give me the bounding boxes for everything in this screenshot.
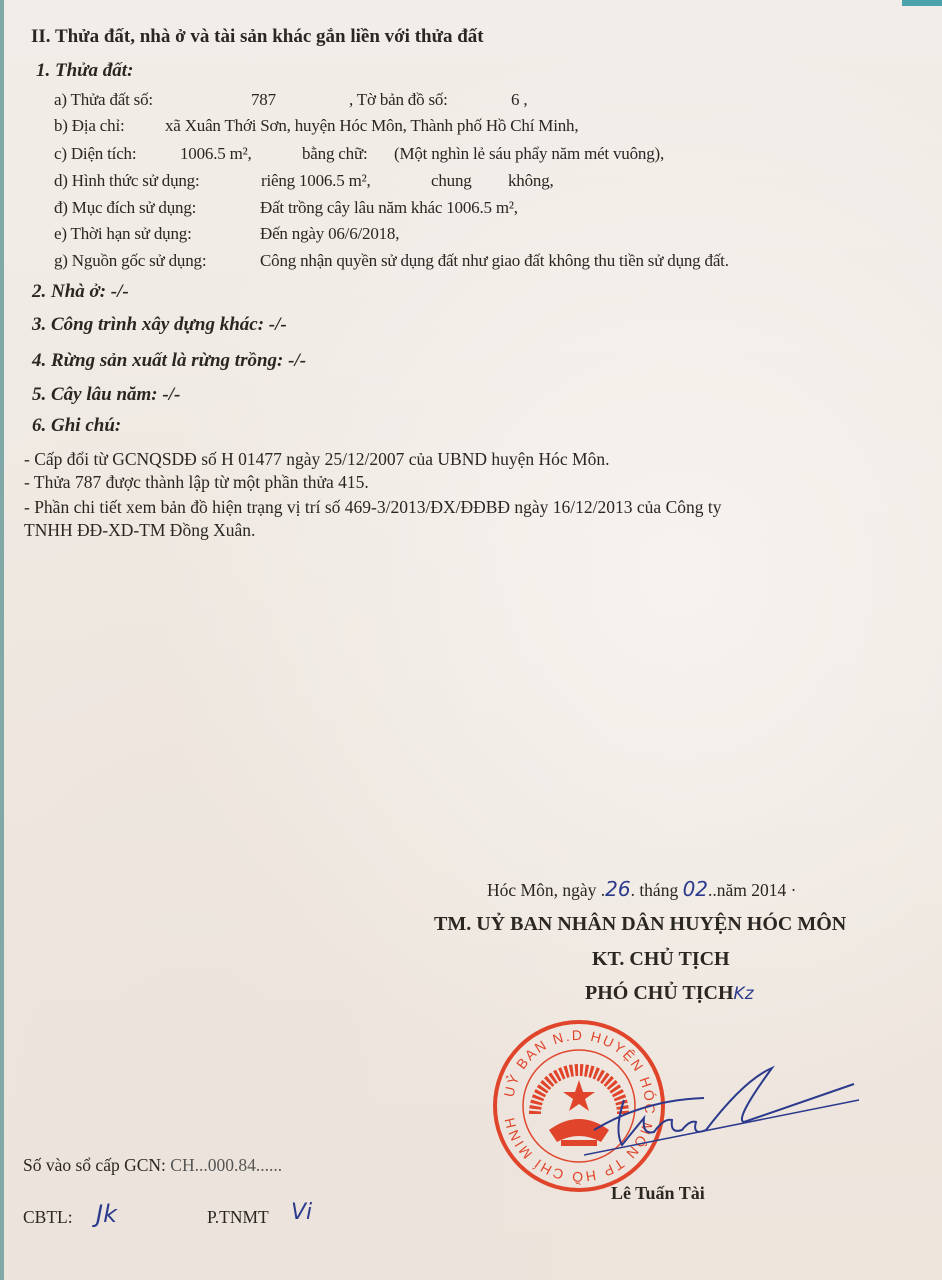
term-label: e) Thời hạn sử dụng: (54, 224, 192, 244)
signer-role-2: PHÓ CHỦ TỊCHKz (585, 982, 754, 1005)
land-row-parcel: a) Thửa đất số: (54, 90, 153, 110)
address-value: xã Xuân Thới Sơn, huyện Hóc Môn, Thành p… (165, 116, 578, 136)
registry-value: CH...000.84...... (170, 1155, 282, 1175)
usage-form-private: riêng 1006.5 m², (261, 171, 371, 191)
term-value: Đến ngày 06/6/2018, (260, 224, 399, 244)
usage-form-shared-value: không, (508, 171, 554, 191)
house-heading: 2. Nhà ở: -/- (32, 281, 129, 303)
signer-role-1: KT. CHỦ TỊCH (592, 948, 730, 971)
signer-name: Lê Tuấn Tài (611, 1183, 705, 1204)
note-line: - Cấp đổi từ GCNQSDĐ số H 01477 ngày 25/… (24, 449, 610, 470)
handwritten-month: 02 (683, 877, 708, 901)
handwritten-day: 26 (605, 877, 630, 901)
photo-edge (902, 0, 942, 6)
notes-heading: 6. Ghi chú: (32, 415, 121, 437)
cbtl-label: CBTL: (23, 1207, 73, 1228)
purpose-value: Đất trồng cây lâu năm khác 1006.5 m², (260, 198, 518, 218)
parcel-label: a) Thửa đất số: (54, 90, 153, 109)
note-line: - Thửa 787 được thành lập từ một phần th… (24, 472, 369, 493)
section-title: II. Thửa đất, nhà ở và tài sản khác gắn … (31, 26, 484, 48)
map-sheet-number: 6 , (511, 90, 527, 110)
certificate-page: II. Thửa đất, nhà ở và tài sản khác gắn … (0, 0, 942, 1280)
ptnmt-initial: Vi (291, 1200, 312, 1225)
cbtl-initial: Jk (96, 1200, 117, 1228)
ptnmt-label: P.TNMT (207, 1207, 269, 1228)
other-construction-heading: 3. Công trình xây dựng khác: -/- (32, 314, 287, 336)
parcel-number: 787 (251, 90, 276, 110)
usage-form-label: d) Hình thức sử dụng: (54, 171, 200, 191)
forest-heading: 4. Rừng sản xuất là rừng trồng: -/- (32, 350, 306, 372)
area-value: 1006.5 m², (180, 144, 252, 164)
note-line: TNHH ĐĐ-XD-TM Đồng Xuân. (24, 520, 255, 541)
area-label: c) Diện tích: (54, 144, 136, 164)
address-label: b) Địa chỉ: (54, 116, 125, 136)
place-date: Hóc Môn, ngày .26. tháng 02..năm 2014 · (487, 877, 797, 901)
handwritten-initial: Kz (734, 984, 754, 1004)
issuing-authority: TM. UỶ BAN NHÂN DÂN HUYỆN HÓC MÔN (434, 913, 846, 936)
signature-icon (584, 1060, 864, 1160)
origin-value: Công nhận quyền sử dụng đất như giao đất… (260, 251, 729, 271)
purpose-label: đ) Mục đích sử dụng: (54, 198, 196, 218)
area-words-label: bằng chữ: (302, 144, 367, 164)
area-words-value: (Một nghìn lẻ sáu phẩy năm mét vuông), (394, 144, 664, 164)
origin-label: g) Nguồn gốc sử dụng: (54, 251, 206, 271)
registry-number: Số vào sổ cấp GCN: CH...000.84...... (23, 1155, 282, 1176)
land-heading: 1. Thửa đất: (36, 60, 133, 82)
note-line: - Phần chi tiết xem bản đồ hiện trạng vị… (24, 497, 721, 518)
usage-form-shared-label: chung (431, 171, 472, 191)
perennial-trees-heading: 5. Cây lâu năm: -/- (32, 384, 180, 406)
map-sheet-label: , Tờ bản đồ số: (349, 90, 448, 110)
